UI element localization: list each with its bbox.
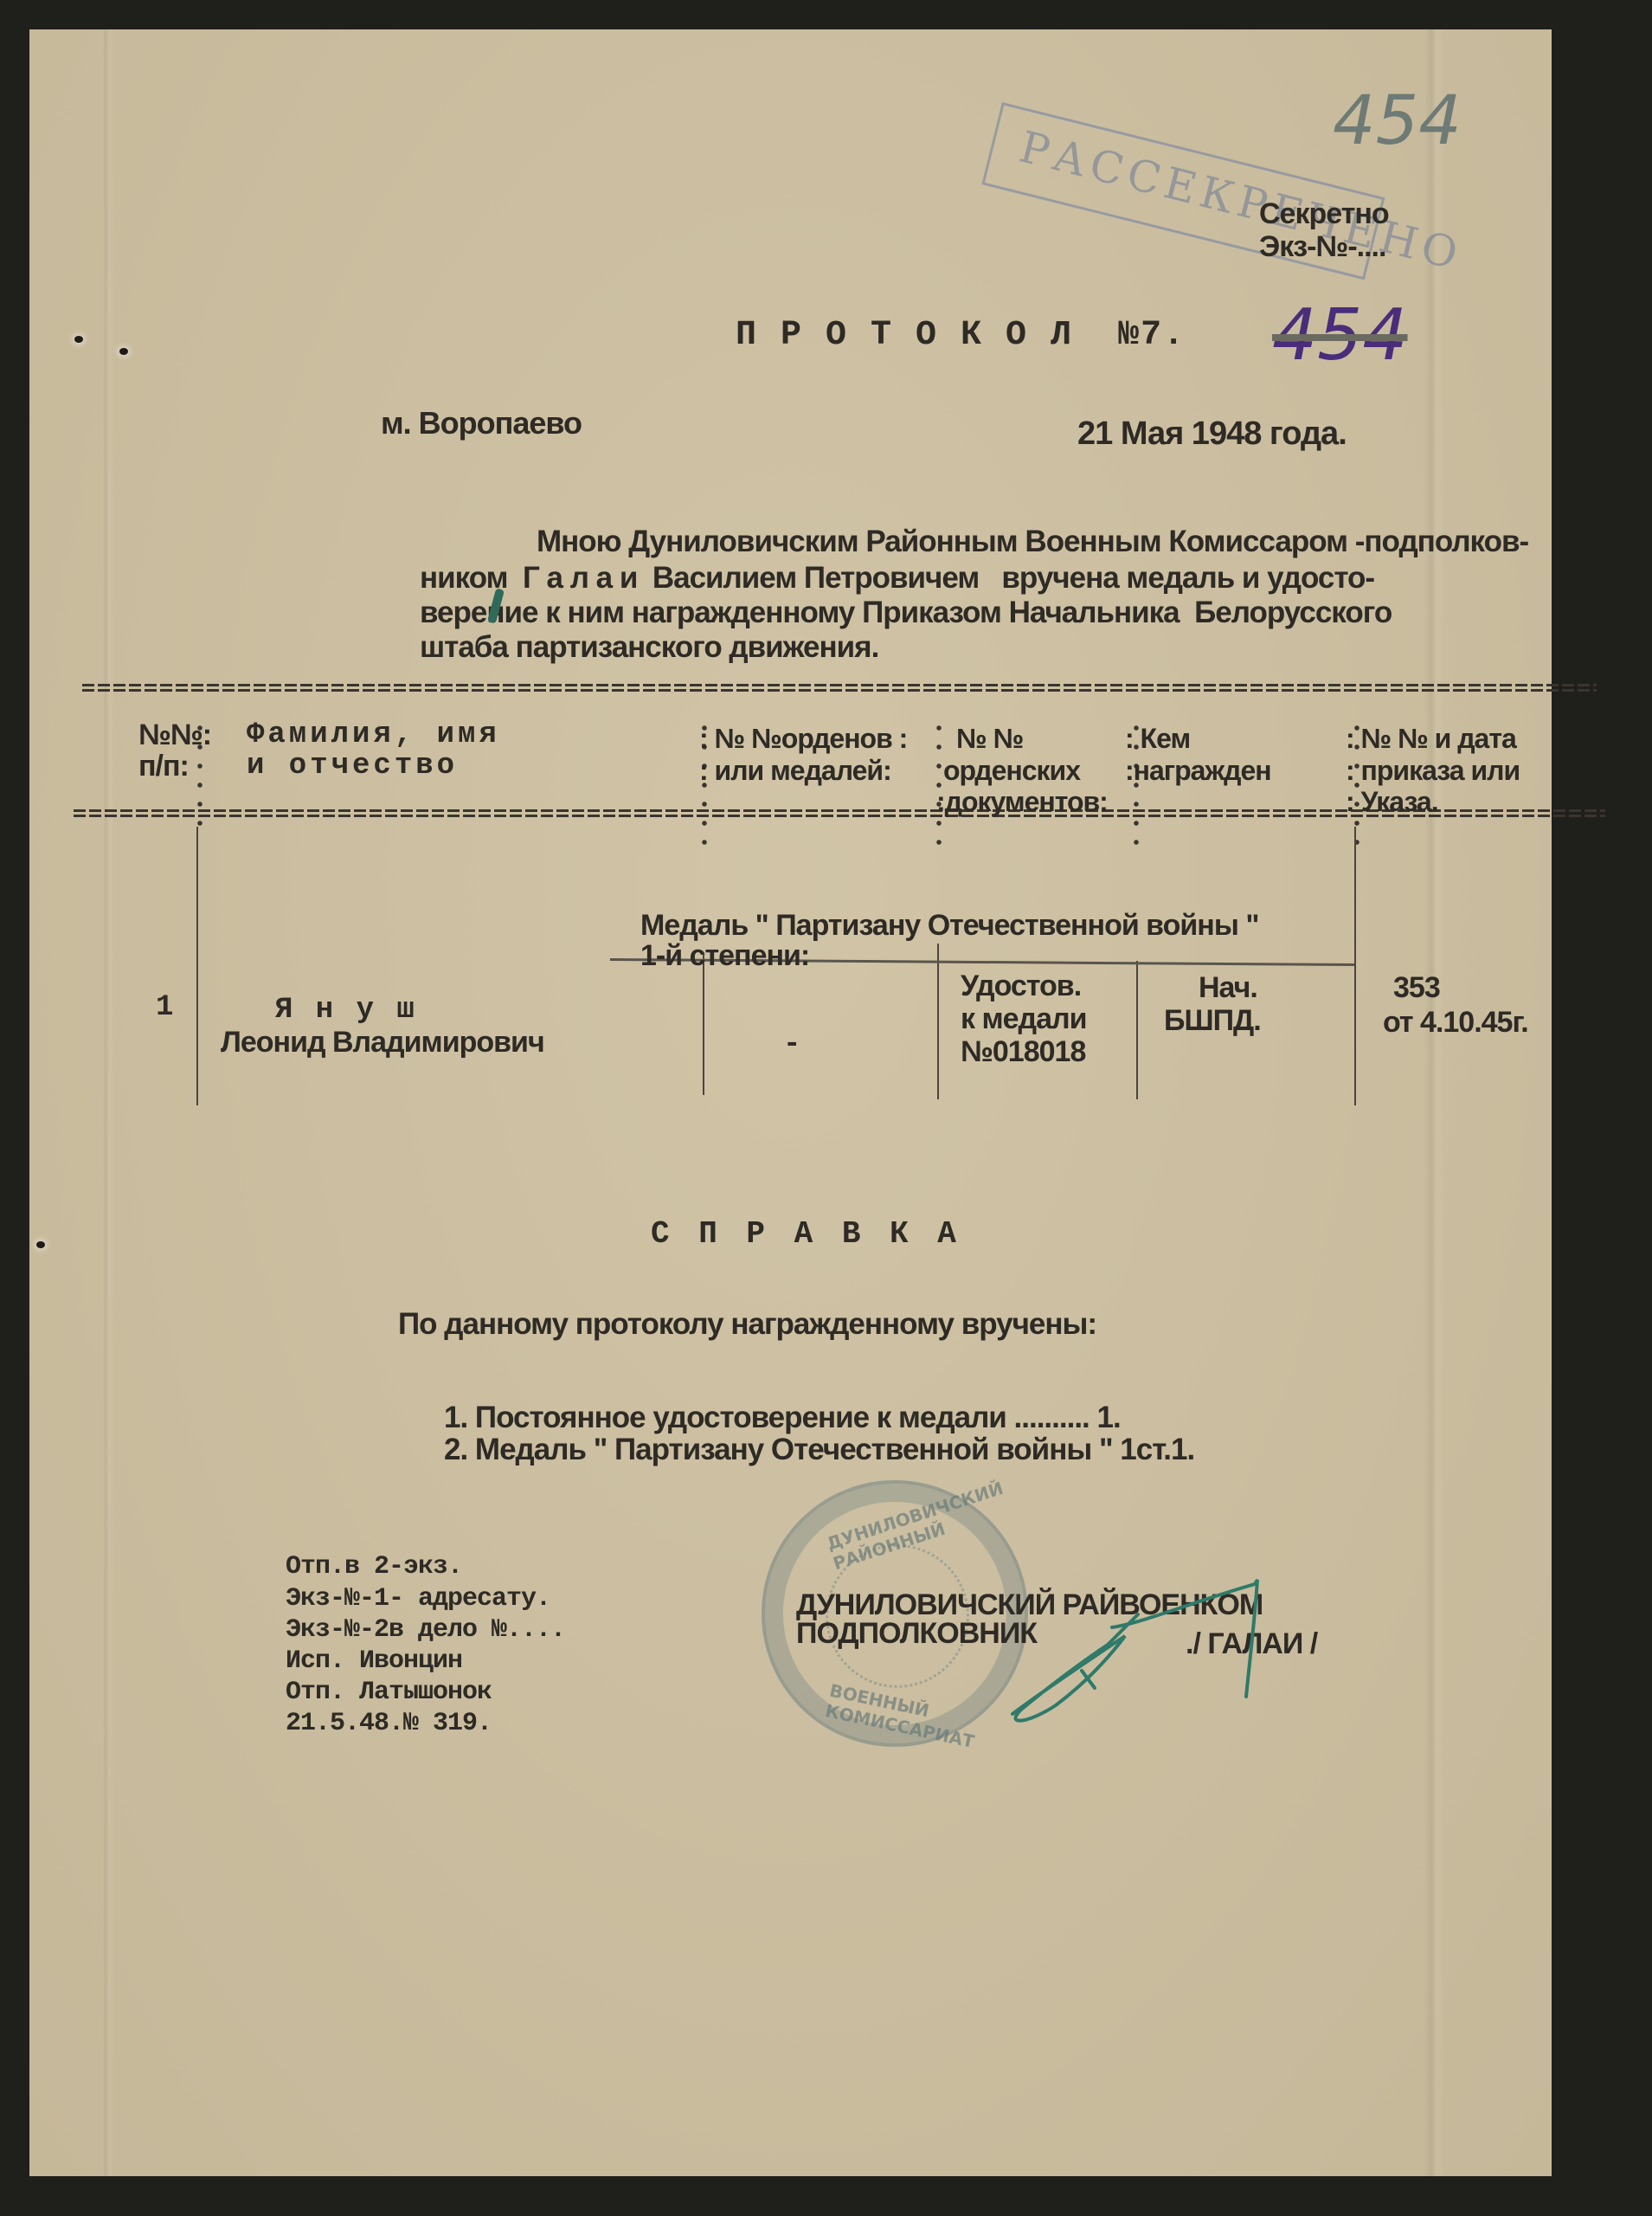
certificate-item-2: 2. Медаль " Партизану Отечественной войн… [444, 1433, 1194, 1467]
sheet-number-pencil: 454 [1333, 82, 1462, 160]
row-doc-line1: Удостов. [961, 969, 1081, 1003]
row-number: 1 [156, 991, 172, 1024]
punch-hole [36, 1241, 45, 1248]
table-vline [1354, 827, 1356, 1105]
table-vline [196, 827, 198, 1105]
row-doc-line2: к медали [961, 1002, 1087, 1036]
handwritten-signature-icon [995, 1541, 1359, 1749]
col-header-number: №№: [138, 718, 211, 752]
col-header-docs-3: :документов: [936, 786, 1108, 818]
medal-group-degree: 1-й степени: [640, 939, 809, 973]
col-header-name: Фамилия, имя [247, 718, 500, 751]
distribution-line-1: Отп.в 2-экз. [286, 1552, 462, 1581]
certificate-lead: По данному протоколу награжденному вруче… [398, 1307, 1096, 1342]
distribution-line-2: Экз-№-1- адресату. [286, 1584, 550, 1614]
row-awarded-by-2: БШПД. [1164, 1004, 1261, 1038]
col-header-docs: № № [956, 723, 1023, 755]
row-awarded-by-1: Нач. [1199, 971, 1257, 1005]
table-vline [703, 955, 704, 1095]
col-header-orders: : № №орденов : [699, 723, 907, 755]
distribution-line-4: Исп. Ивонцин [286, 1646, 462, 1676]
place-label: м. Воропаево [381, 405, 582, 441]
intro-line-2: ником Г а л а и Василием Петровичем вруч… [420, 561, 1374, 596]
distribution-line-5: Отп. Латышонок [286, 1678, 492, 1707]
table-top-rule [82, 684, 1597, 692]
col-header-docs-2: орденских [943, 755, 1080, 787]
row-order-date: от 4.10.45г. [1383, 1006, 1528, 1040]
row-order-numbers: - [783, 1028, 800, 1061]
sheet-number-ink: 454 [1272, 294, 1408, 377]
row-surname: Я н у ш [275, 994, 417, 1027]
col-header-orders-2: : или медалей: [699, 755, 891, 787]
col-header-order-date-2: : приказа или [1346, 755, 1520, 787]
col-header-order-date-3: : Указа. [1346, 786, 1438, 818]
punch-hole [74, 336, 83, 343]
certificate-title: С П Р А В К А [651, 1216, 961, 1252]
table-vline [1136, 961, 1138, 1099]
distribution-line-3: Экз-№-2в дело №.... [286, 1615, 565, 1645]
col-header-awarded-by: : Кем [1125, 723, 1190, 755]
col-header-number-2: п/п: [138, 750, 189, 783]
certificate-item-1: 1. Постоянное удостоверение к медали ...… [444, 1401, 1121, 1435]
col-header-awarded-by-2: :награжден [1125, 755, 1271, 787]
intro-line-4: штаба партизанского движения. [420, 630, 878, 665]
medal-group-heading: Медаль " Партизану Отечественной войны " [640, 909, 1258, 943]
punch-hole [119, 348, 128, 355]
document-title: П Р О Т О К О Л №7. [736, 316, 1186, 355]
document-date: 21 Мая 1948 года. [1077, 415, 1347, 453]
row-doc-number: №018018 [961, 1035, 1085, 1069]
intro-line-3: верение к ним награжденному Приказом Нач… [420, 596, 1392, 630]
intro-line-1: Мною Дуниловичским Районным Военным Коми… [537, 526, 1528, 557]
copy-number: Экз-№-.... [1259, 230, 1385, 264]
row-name: Леонид Владимирович [221, 1026, 544, 1060]
row-order-number: 353 [1393, 971, 1440, 1005]
col-header-order-date: : № № и дата [1346, 723, 1516, 755]
distribution-line-6: 21.5.48.№ 319. [286, 1709, 492, 1738]
column-separator [936, 718, 942, 848]
col-header-name-2: и отчество [247, 750, 458, 783]
classification-label: Секретно [1259, 197, 1389, 231]
table-vline [937, 944, 939, 1099]
